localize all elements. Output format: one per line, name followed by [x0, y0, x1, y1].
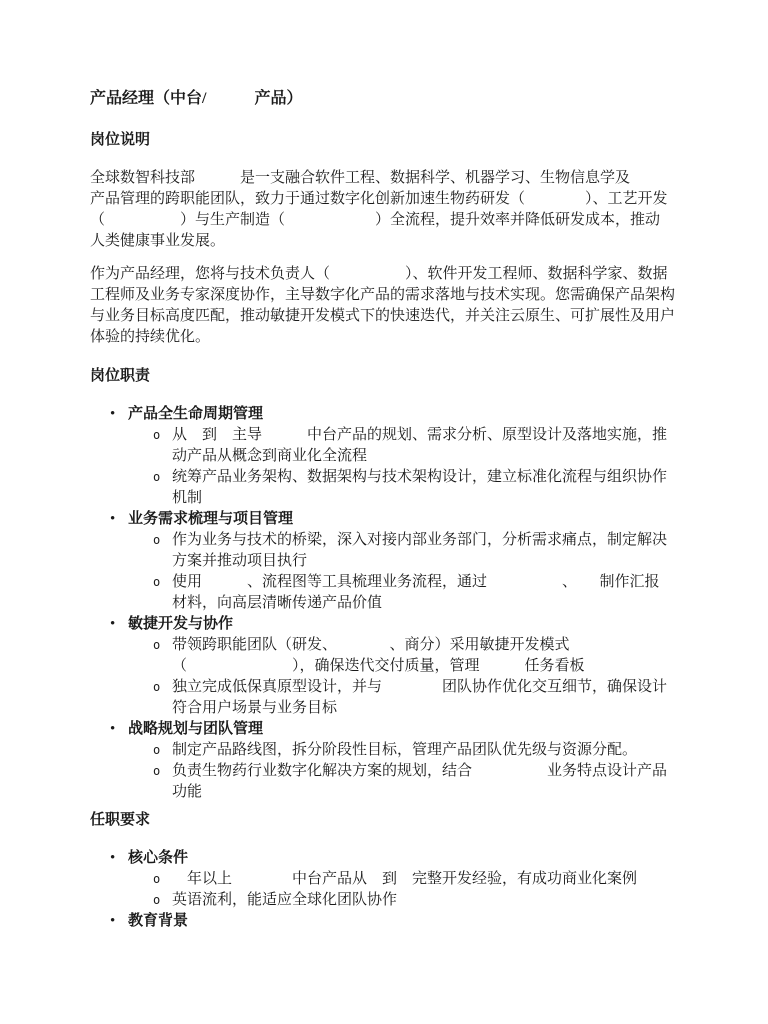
sub-list-item: o 负责生物药行业数字化解决方案的规划，结合 业务特点设计产品 功能	[128, 761, 678, 803]
bullet-label: 敏捷开发与协作	[128, 614, 678, 635]
list-item: • 核心条件 o 年以上 中台产品从 到 完整开发经验，有成功商业化案例 o 英…	[90, 848, 678, 911]
circle-bullet-icon: o	[153, 467, 172, 488]
circle-bullet-icon: o	[153, 677, 172, 698]
circle-bullet-icon: o	[153, 761, 172, 782]
requirements-list: • 核心条件 o 年以上 中台产品从 到 完整开发经验，有成功商业化案例 o 英…	[90, 848, 678, 932]
bullet-label: 战略规划与团队管理	[128, 719, 678, 740]
sub-item-text: 作为业务与技术的桥梁，深入对接内部业务部门，分析需求痛点，制定解决 方案并推动项…	[172, 530, 678, 572]
sub-item-text: 统筹产品业务架构、数据架构与技术架构设计，建立标准化流程与组织协作 机制	[172, 467, 678, 509]
sub-list-item: o 统筹产品业务架构、数据架构与技术架构设计，建立标准化流程与组织协作 机制	[128, 467, 678, 509]
circle-bullet-icon: o	[153, 740, 172, 761]
sub-item-text: 独立完成低保真原型设计，并与 团队协作优化交互细节，确保设计 符合用户场景与业务…	[172, 677, 678, 719]
summary-paragraph-2: 作为产品经理，您将与技术负责人（ ）、软件开发工程师、数据科学家、数据 工程师及…	[90, 264, 678, 348]
circle-bullet-icon: o	[153, 572, 172, 593]
circle-bullet-icon: o	[153, 890, 172, 911]
sub-item-text: 使用 、流程图等工具梳理业务流程，通过 、 制作汇报 材料，向高层清晰传递产品价…	[172, 572, 678, 614]
bullet-icon: •	[110, 911, 115, 932]
sub-list-item: o 英语流利，能适应全球化团队协作	[128, 890, 678, 911]
sub-list-item: o 使用 、流程图等工具梳理业务流程，通过 、 制作汇报 材料，向高层清晰传递产…	[128, 572, 678, 614]
sub-list-item: o 制定产品路线图，拆分阶段性目标，管理产品团队优先级与资源分配。	[128, 740, 678, 761]
bullet-icon: •	[110, 509, 115, 530]
summary-paragraph-1: 全球数智科技部 是一支融合软件工程、数据科学、机器学习、生物信息学及 产品管理的…	[90, 168, 678, 252]
sub-item-text: 从 到 主导 中台产品的规划、需求分析、原型设计及落地实施，推 动产品从概念到商…	[172, 425, 678, 467]
document-page: 产品经理（中台/ 产品） 岗位说明 全球数智科技部 是一支融合软件工程、数据科学…	[0, 0, 768, 1024]
section-heading-requirements: 任职要求	[90, 810, 678, 831]
bullet-icon: •	[110, 848, 115, 869]
sub-item-text: 带领跨职能团队（研发、 、商分）采用敏捷开发模式 （ ），确保迭代交付质量，管理…	[172, 635, 678, 677]
section-heading-responsibilities: 岗位职责	[90, 366, 678, 387]
bullet-label: 核心条件	[128, 848, 678, 869]
bullet-label: 业务需求梳理与项目管理	[128, 509, 678, 530]
sub-list-item: o 作为业务与技术的桥梁，深入对接内部业务部门，分析需求痛点，制定解决 方案并推…	[128, 530, 678, 572]
sub-item-text: 英语流利，能适应全球化团队协作	[172, 890, 678, 911]
bullet-icon: •	[110, 719, 115, 740]
sub-item-text: 年以上 中台产品从 到 完整开发经验，有成功商业化案例	[172, 869, 678, 890]
sub-list-item: o 年以上 中台产品从 到 完整开发经验，有成功商业化案例	[128, 869, 678, 890]
sub-item-text: 制定产品路线图，拆分阶段性目标，管理产品团队优先级与资源分配。	[172, 740, 678, 761]
sub-list-item: o 从 到 主导 中台产品的规划、需求分析、原型设计及落地实施，推 动产品从概念…	[128, 425, 678, 467]
bullet-label: 产品全生命周期管理	[128, 404, 678, 425]
section-heading-job-summary: 岗位说明	[90, 130, 678, 151]
page-title: 产品经理（中台/ 产品）	[90, 88, 678, 109]
list-item: • 教育背景	[90, 911, 678, 932]
sub-item-text: 负责生物药行业数字化解决方案的规划，结合 业务特点设计产品 功能	[172, 761, 678, 803]
circle-bullet-icon: o	[153, 869, 172, 890]
bullet-icon: •	[110, 404, 115, 425]
list-item: • 敏捷开发与协作 o 带领跨职能团队（研发、 、商分）采用敏捷开发模式 （ ）…	[90, 614, 678, 719]
circle-bullet-icon: o	[153, 425, 172, 446]
bullet-label: 教育背景	[128, 911, 678, 932]
circle-bullet-icon: o	[153, 635, 172, 656]
circle-bullet-icon: o	[153, 530, 172, 551]
list-item: • 业务需求梳理与项目管理 o 作为业务与技术的桥梁，深入对接内部业务部门，分析…	[90, 509, 678, 614]
bullet-icon: •	[110, 614, 115, 635]
list-item: • 战略规划与团队管理 o 制定产品路线图，拆分阶段性目标，管理产品团队优先级与…	[90, 719, 678, 803]
sub-list-item: o 带领跨职能团队（研发、 、商分）采用敏捷开发模式 （ ），确保迭代交付质量，…	[128, 635, 678, 677]
list-item: • 产品全生命周期管理 o 从 到 主导 中台产品的规划、需求分析、原型设计及落…	[90, 404, 678, 509]
sub-list-item: o 独立完成低保真原型设计，并与 团队协作优化交互细节，确保设计 符合用户场景与…	[128, 677, 678, 719]
responsibilities-list: • 产品全生命周期管理 o 从 到 主导 中台产品的规划、需求分析、原型设计及落…	[90, 404, 678, 803]
